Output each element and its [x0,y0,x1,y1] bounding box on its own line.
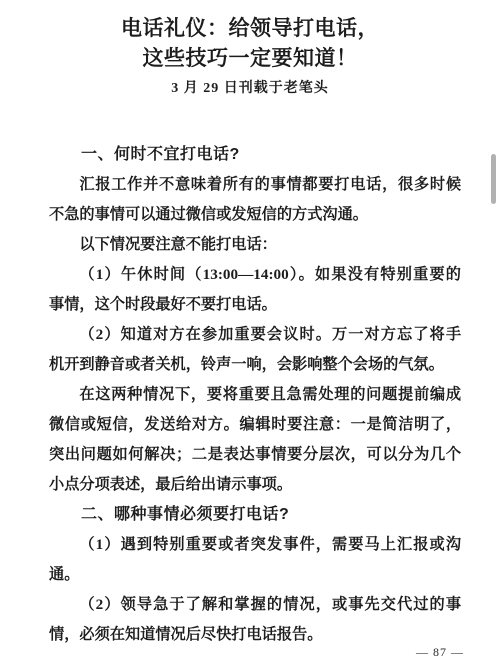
body-line: 突出问题如何解决；二是表达事情要分层次，可以分为几个 [49,440,461,470]
section-heading-2: 二、哪种事情必须要打电话? [49,500,461,530]
document-body: 一、何时不宜打电话? 汇报工作并不意味着所有的事情都要打电话，很多时候 不急的事… [49,140,461,650]
page-title: 电话礼仪：给领导打电话， 这些技巧一定要知道！ [0,13,500,73]
page-number: — 87 — [416,645,464,660]
paragraph: 以下情况要注意不能打电话： [49,230,461,260]
body-line: 微信或短信，发送给对方。编辑时要注意：一是简洁明了， [49,410,461,440]
body-line: 小点分项表述，最后给出请示事项。 [49,470,461,500]
body-line: （2）领导急于了解和掌握的情况，或事先交代过的事 [49,590,461,620]
section-heading-1: 一、何时不宜打电话? [49,140,461,170]
paragraph: （1）午休时间（13:00—14:00）。如果没有特别重要的 事情，这个时段最好… [49,260,461,320]
body-line: 情，必须在知道情况后尽快打电话报告。 [49,620,461,650]
body-line: 以下情况要注意不能打电话： [49,230,461,260]
scrollbar-thumb[interactable] [491,154,496,204]
body-line: （1）午休时间（13:00—14:00）。如果没有特别重要的 [49,260,461,290]
body-line: 通。 [49,560,461,590]
body-line: 不急的事情可以通过微信或发短信的方式沟通。 [49,200,461,230]
title-line-2: 这些技巧一定要知道！ [0,43,500,73]
publication-subtitle: 3 月 29 日刊载于老笔头 [0,78,500,100]
paragraph: （2）领导急于了解和掌握的情况，或事先交代过的事 情，必须在知道情况后尽快打电话… [49,590,461,650]
body-line: 在这两种情况下，要将重要且急需处理的问题提前编成 [49,380,461,410]
paragraph: 在这两种情况下，要将重要且急需处理的问题提前编成 微信或短信，发送给对方。编辑时… [49,380,461,500]
document-page: 电话礼仪：给领导打电话， 这些技巧一定要知道！ 3 月 29 日刊载于老笔头 一… [0,0,500,667]
body-line: （2）知道对方在参加重要会议时。万一对方忘了将手 [49,320,461,350]
body-line: （1）遇到特别重要或者突发事件，需要马上汇报或沟 [49,530,461,560]
paragraph: （1）遇到特别重要或者突发事件，需要马上汇报或沟 通。 [49,530,461,590]
paragraph: 汇报工作并不意味着所有的事情都要打电话，很多时候 不急的事情可以通过微信或发短信… [49,170,461,230]
document-header: 电话礼仪：给领导打电话， 这些技巧一定要知道！ 3 月 29 日刊载于老笔头 [0,0,500,100]
body-line: 机开到静音或者关机，铃声一响，会影响整个会场的气氛。 [49,350,461,380]
body-line: 事情，这个时段最好不要打电话。 [49,290,461,320]
title-line-1: 电话礼仪：给领导打电话， [0,13,500,43]
paragraph: （2）知道对方在参加重要会议时。万一对方忘了将手 机开到静音或者关机，铃声一响，… [49,320,461,380]
body-line: 汇报工作并不意味着所有的事情都要打电话，很多时候 [49,170,461,200]
